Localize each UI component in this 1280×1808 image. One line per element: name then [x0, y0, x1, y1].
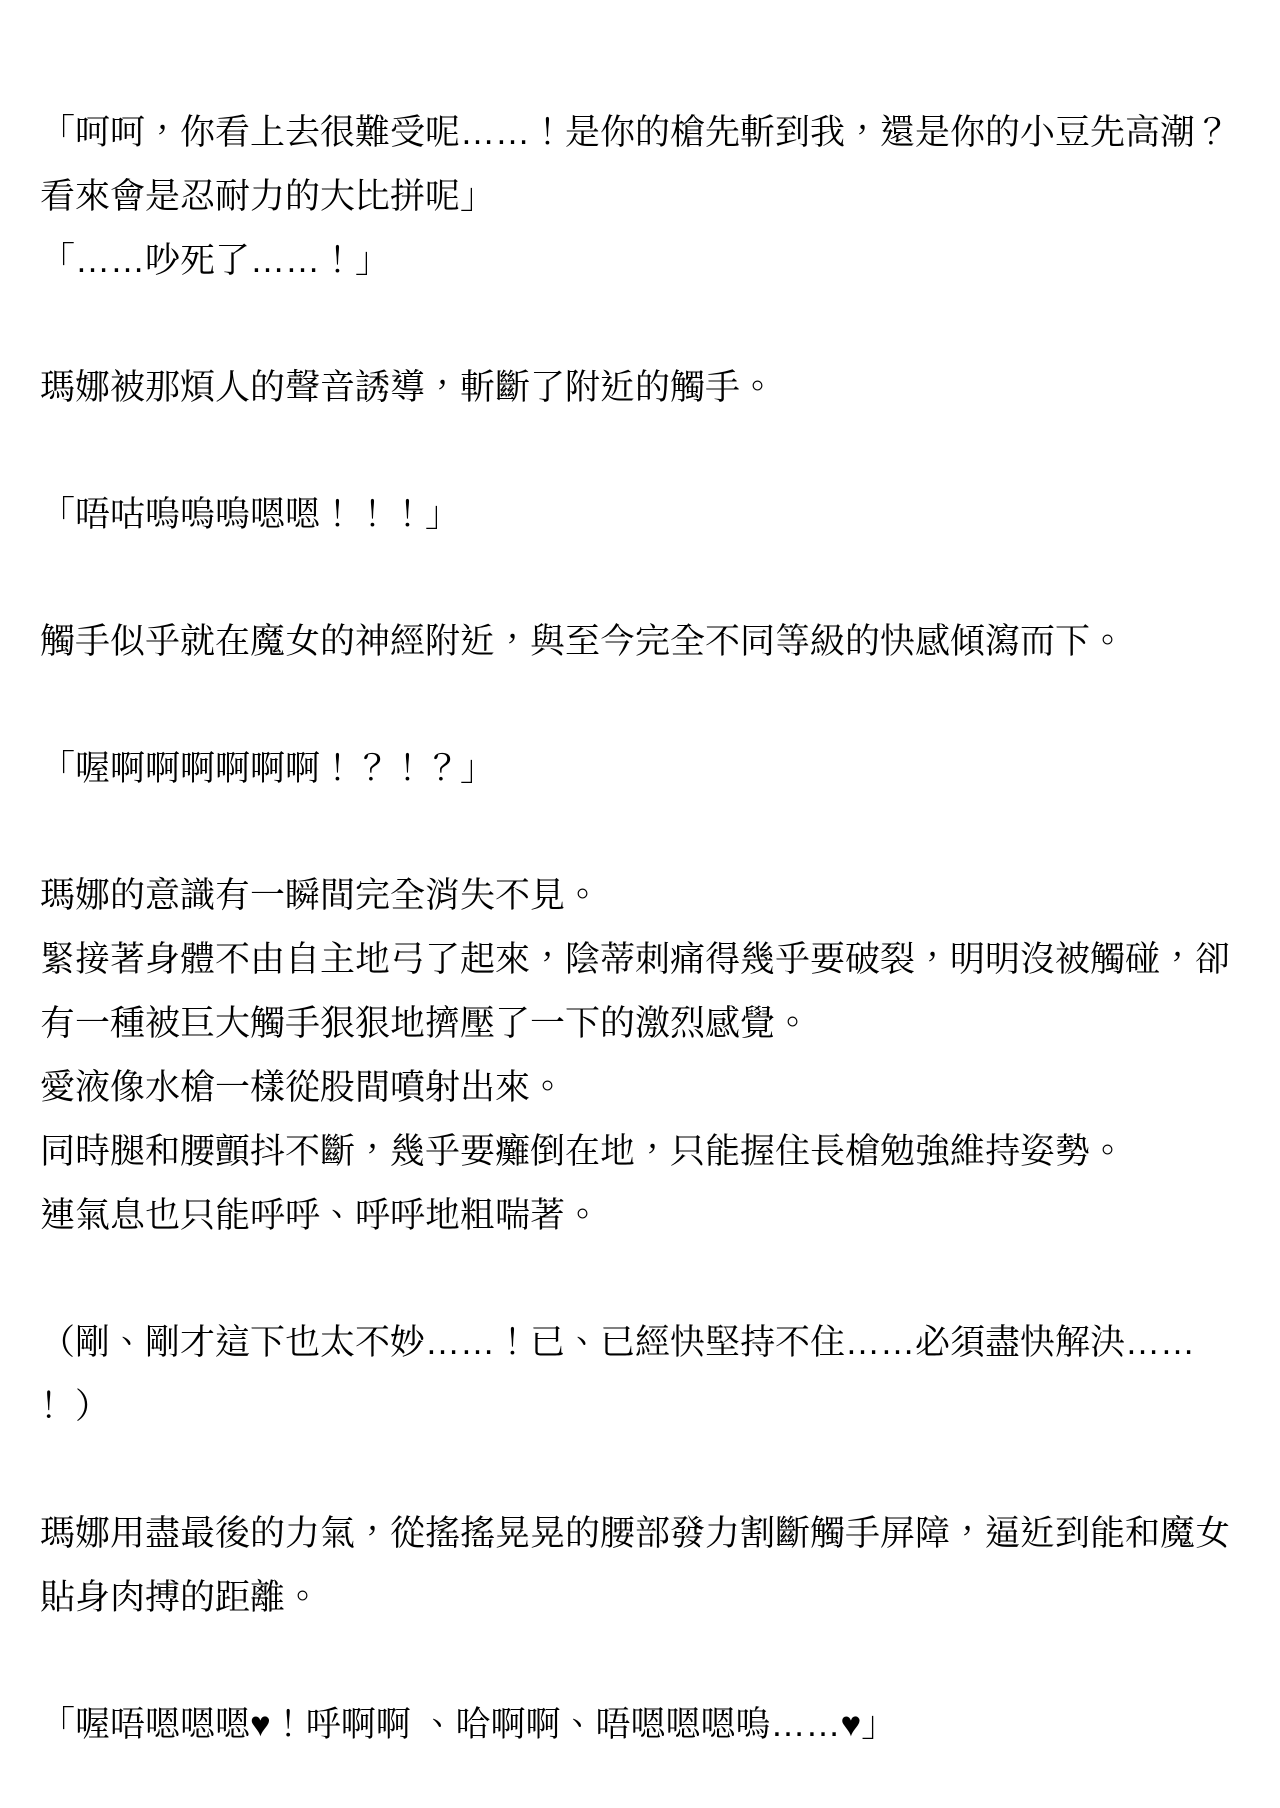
- paragraph: （剛、剛才這下也太不妙……！已、已經快堅持不住……必須盡快解決…… ！）: [40, 1311, 1240, 1439]
- story-line: （剛、剛才這下也太不妙……！已、已經快堅持不住……必須盡快解決……: [40, 1311, 1240, 1375]
- story-line: 瑪娜被那煩人的聲音誘導，斬斷了附近的觸手。: [40, 356, 1240, 420]
- story-line: 「喔啊啊啊啊啊啊！？！？」: [40, 737, 1240, 801]
- story-line: 「呵呵，你看上去很難受呢……！是你的槍先斬到我，還是你的小豆先高潮？: [40, 101, 1240, 165]
- story-line: 連氣息也只能呼呼、呼呼地粗喘著。: [40, 1184, 1240, 1248]
- paragraph: 「喔啊啊啊啊啊啊！？！？」: [40, 737, 1240, 801]
- story-line: 貼身肉搏的距離。: [40, 1566, 1240, 1630]
- story-line: 「唔咕嗚嗚嗚嗯嗯！！！」: [40, 483, 1240, 547]
- story-line: 同時腿和腰顫抖不斷，幾乎要癱倒在地，只能握住長槍勉強維持姿勢。: [40, 1120, 1240, 1184]
- story-line: 「喔唔嗯嗯嗯♥！呼啊啊 、哈啊啊、唔嗯嗯嗯嗚……♥」: [40, 1693, 1240, 1757]
- story-line: 緊接著身體不由自主地弓了起來，陰蒂刺痛得幾乎要破裂，明明沒被觸碰，卻: [40, 928, 1240, 992]
- story-line: 「……吵死了……！」: [40, 229, 1240, 293]
- story-line: 瑪娜的意識有一瞬間完全消失不見。: [40, 864, 1240, 928]
- paragraph: 「唔咕嗚嗚嗚嗯嗯！！！」: [40, 483, 1240, 547]
- paragraph: 「呵呵，你看上去很難受呢……！是你的槍先斬到我，還是你的小豆先高潮？ 看來會是忍…: [40, 101, 1240, 293]
- story-line: 有一種被巨大觸手狠狠地擠壓了一下的激烈感覺。: [40, 992, 1240, 1056]
- story-line: 觸手似乎就在魔女的神經附近，與至今完全不同等級的快感傾瀉而下。: [40, 610, 1240, 674]
- story-line: 愛液像水槍一樣從股間噴射出來。: [40, 1056, 1240, 1120]
- story-line: 瑪娜用盡最後的力氣，從搖搖晃晃的腰部發力割斷觸手屏障，逼近到能和魔女: [40, 1502, 1240, 1566]
- paragraph: 瑪娜的意識有一瞬間完全消失不見。 緊接著身體不由自主地弓了起來，陰蒂刺痛得幾乎要…: [40, 864, 1240, 1248]
- paragraph: 瑪娜用盡最後的力氣，從搖搖晃晃的腰部發力割斷觸手屏障，逼近到能和魔女 貼身肉搏的…: [40, 1502, 1240, 1630]
- story-line: ！）: [40, 1375, 1240, 1439]
- paragraph: 「喔唔嗯嗯嗯♥！呼啊啊 、哈啊啊、唔嗯嗯嗯嗚……♥」: [40, 1693, 1240, 1757]
- paragraph: 瑪娜被那煩人的聲音誘導，斬斷了附近的觸手。: [40, 356, 1240, 420]
- story-line: 看來會是忍耐力的大比拼呢」: [40, 165, 1240, 229]
- paragraph: 觸手似乎就在魔女的神經附近，與至今完全不同等級的快感傾瀉而下。: [40, 610, 1240, 674]
- novel-page: 「呵呵，你看上去很難受呢……！是你的槍先斬到我，還是你的小豆先高潮？ 看來會是忍…: [0, 0, 1280, 1808]
